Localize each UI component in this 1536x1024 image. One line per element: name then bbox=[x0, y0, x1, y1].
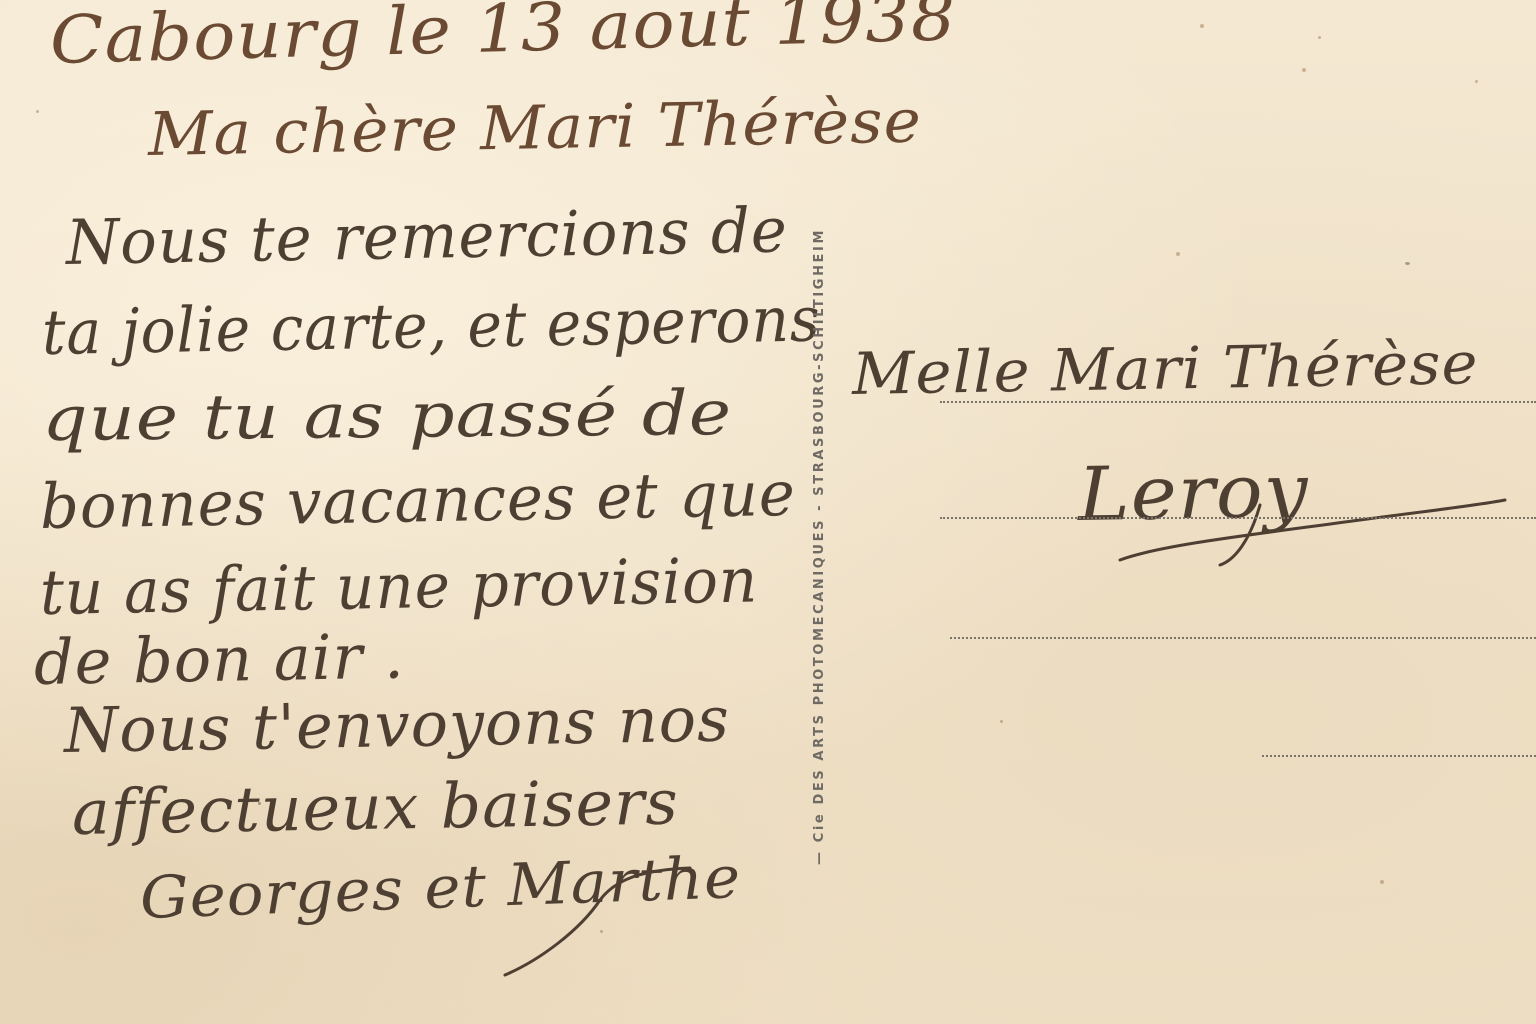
closing-line: Nous t'envoyons nos bbox=[63, 682, 730, 767]
paper-speck bbox=[600, 930, 603, 933]
message-line: de bon air . bbox=[33, 620, 405, 699]
message-line: bonnes vacances et que bbox=[39, 457, 796, 543]
paper-speck bbox=[1475, 80, 1478, 83]
salutation: Ma chère Mari Thérèse bbox=[147, 86, 922, 169]
address-line bbox=[1262, 755, 1536, 757]
paper-speck bbox=[36, 110, 39, 113]
address-line bbox=[950, 637, 1536, 639]
paper-speck bbox=[1380, 880, 1384, 884]
paper-speck bbox=[1405, 262, 1410, 265]
paper-speck bbox=[1176, 252, 1180, 256]
recipient-name: Melle Mari Thérèse bbox=[851, 329, 1479, 408]
closing-line: affectueux baisers bbox=[71, 765, 679, 849]
paper-speck bbox=[1302, 68, 1306, 72]
paper-speck bbox=[1200, 24, 1204, 28]
message-line: ta jolie carte, et esperons bbox=[41, 282, 821, 369]
message-line: que tu as passé de bbox=[42, 376, 733, 455]
postcard-back: Cabourg le 13 aout 1938 Ma chère Mari Th… bbox=[0, 0, 1536, 1024]
message-line: tu as fait une provision bbox=[39, 543, 758, 629]
printer-imprint: — Cie DES ARTS PHOTOMECANIQUES - STRASBO… bbox=[812, 228, 827, 865]
signature: Georges et Marthe bbox=[139, 843, 742, 932]
recipient-town: Leroy bbox=[1077, 448, 1309, 538]
address-line bbox=[940, 517, 1536, 519]
paper-speck bbox=[1000, 720, 1003, 723]
place-date: Cabourg le 13 aout 1938 bbox=[49, 0, 957, 79]
address-line bbox=[940, 401, 1536, 403]
message-line: Nous te remercions de bbox=[65, 193, 788, 279]
paper-speck bbox=[1318, 36, 1321, 39]
